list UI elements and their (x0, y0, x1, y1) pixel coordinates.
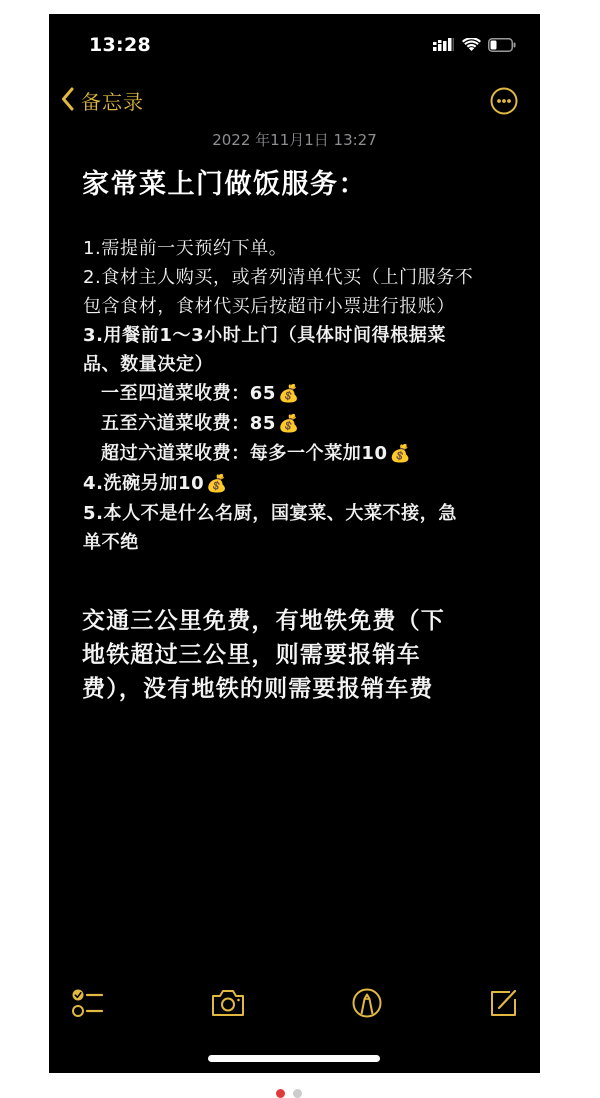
checklist-icon (71, 1004, 107, 1023)
ellipsis-circle-icon (490, 100, 518, 119)
back-button-label: 备忘录 (81, 86, 144, 115)
note-line: 一至四道菜收费：65💰 (83, 379, 513, 409)
note-line: 4.洗碗另加10💰 (83, 469, 513, 499)
home-indicator[interactable] (208, 1055, 380, 1062)
note-line-text: 五至六道菜收费：85 (101, 413, 276, 434)
checklist-button[interactable] (71, 987, 107, 1019)
dot-inactive (293, 1089, 302, 1095)
note-line: 3.用餐前1～3小时上门（具体时间得根据菜 (83, 321, 513, 350)
note-line: 2.食材主人购买，或者列清单代买（上门服务不 (83, 263, 513, 292)
note-body[interactable]: 1.需提前一天预约下单。2.食材主人购买，或者列清单代买（上门服务不包含食材，食… (83, 234, 513, 557)
note-line: 超过六道菜收费：每多一个菜加10💰 (83, 439, 513, 469)
camera-icon (210, 1004, 246, 1023)
camera-button[interactable] (210, 987, 246, 1019)
note-line-text: 3.用餐前1～3小时上门（具体时间得根据菜 (83, 325, 446, 346)
note-line-text: 超过六道菜收费：每多一个菜加10 (101, 443, 388, 464)
note-line: 品、数量决定） (83, 350, 513, 379)
markup-pen-icon (349, 1004, 385, 1023)
compose-icon (486, 1004, 522, 1023)
note-title[interactable]: 家常菜上门做饭服务： (82, 162, 367, 201)
money-bag-icon: 💰 (278, 410, 300, 439)
note-line-text: 5.本人不是什么名厨，国宴菜、大菜不接，急 (83, 503, 457, 524)
page-indicator-dots (276, 1089, 302, 1095)
dot-active (276, 1089, 285, 1095)
money-bag-icon: 💰 (278, 380, 300, 409)
note-big-line: 交通三公里免费，有地铁免费（下 (82, 604, 512, 638)
note-big-line: 地铁超过三公里，则需要报销车 (82, 638, 512, 672)
note-line-text: 单不绝 (83, 532, 139, 553)
battery-icon (488, 38, 516, 52)
note-line-text: 一至四道菜收费：65 (101, 383, 276, 404)
markup-button[interactable] (349, 987, 385, 1019)
note-line-text: 包含食材，食材代买后按超市小票进行报账） (83, 296, 455, 317)
note-line: 五至六道菜收费：85💰 (83, 409, 513, 439)
note-line-text: 品、数量决定） (83, 354, 213, 375)
note-line-text: 1.需提前一天预约下单。 (83, 238, 287, 259)
note-line-text: 2.食材主人购买，或者列清单代买（上门服务不 (83, 267, 473, 288)
compose-button[interactable] (486, 987, 522, 1019)
note-big-line: 费），没有地铁的则需要报销车费 (82, 672, 512, 706)
notes-app-screen: 13:28 (49, 14, 540, 1073)
note-transport-paragraph[interactable]: 交通三公里免费，有地铁免费（下 地铁超过三公里，则需要报销车 费），没有地铁的则… (82, 604, 512, 706)
status-time: 13:28 (89, 34, 151, 56)
more-options-button[interactable] (490, 87, 518, 115)
status-icons (433, 37, 516, 53)
note-line: 包含食材，食材代买后按超市小票进行报账） (83, 292, 513, 321)
money-bag-icon: 💰 (206, 470, 228, 499)
note-line: 5.本人不是什么名厨，国宴菜、大菜不接，急 (83, 499, 513, 528)
note-line: 1.需提前一天预约下单。 (83, 234, 513, 263)
money-bag-icon: 💰 (390, 440, 412, 469)
wifi-icon (462, 38, 481, 52)
note-line-text: 4.洗碗另加10 (83, 473, 204, 494)
note-date: 2022 年11月1日 13:27 (49, 129, 540, 150)
cellular-signal-icon (433, 38, 455, 52)
chevron-left-icon (61, 87, 75, 115)
note-line: 单不绝 (83, 528, 513, 557)
back-button[interactable]: 备忘录 (61, 86, 144, 115)
